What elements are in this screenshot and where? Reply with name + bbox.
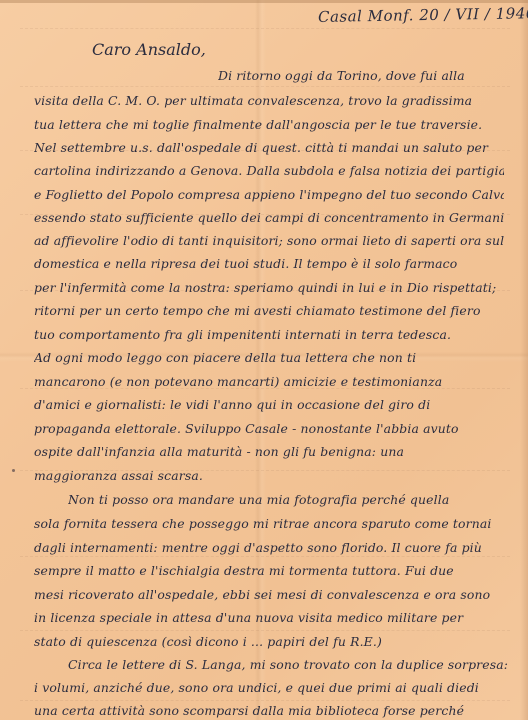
letter-line: mancarono (e non potevano mancarti) amic… bbox=[34, 374, 504, 390]
letter-line: stato di quiescenza (così dicono i ... p… bbox=[34, 634, 504, 650]
paper-right-edge bbox=[520, 0, 528, 720]
letter-line: cartolina indirizzando a Genova. Dalla s… bbox=[34, 163, 504, 179]
letter-line: essendo stato sufficiente quello dei cam… bbox=[34, 210, 504, 226]
letter-line: visita della C. M. O. per ultimata conva… bbox=[34, 93, 504, 109]
bleed-line bbox=[20, 556, 510, 558]
letter-line: ospite dall'infanzia alla maturità - non… bbox=[34, 444, 504, 460]
letter-line: ritorni per un certo tempo che mi avesti… bbox=[34, 303, 504, 319]
letter-line: dagli internamenti: mentre oggi d'aspett… bbox=[34, 540, 504, 556]
letter-line: sempre il matto e l'ischialgia destra mi… bbox=[34, 563, 504, 579]
salutation: Caro Ansaldo, bbox=[92, 40, 206, 59]
letter-page: Casal Monf. 20 / VII / 1946. Caro Ansald… bbox=[0, 0, 528, 720]
letter-line: per l'infermità come la nostra: speriamo… bbox=[34, 280, 504, 296]
letter-line: mesi ricoverato all'ospedale, ebbi sei m… bbox=[34, 587, 504, 603]
letter-line: Circa le lettere di S. Langa, mi sono tr… bbox=[68, 657, 508, 673]
letter-line: Di ritorno oggi da Torino, dove fui alla bbox=[218, 68, 508, 84]
letter-line: i volumi, anziché due, sono ora undici, … bbox=[34, 680, 504, 696]
letter-line: domestica e nella ripresa dei tuoi studi… bbox=[34, 256, 504, 272]
ink-dot bbox=[12, 469, 15, 472]
letter-line: una certa attività sono scomparsi dalla … bbox=[34, 703, 504, 719]
dateline: Casal Monf. 20 / VII / 1946. bbox=[318, 4, 528, 26]
letter-line: Ad ogni modo leggo con piacere della tua… bbox=[34, 350, 504, 366]
letter-line: e Foglietto del Popolo compresa appieno … bbox=[34, 187, 504, 203]
letter-line: d'amici e giornalisti: le vidi l'anno qu… bbox=[34, 397, 504, 413]
letter-line: in licenza speciale in attesa d'una nuov… bbox=[34, 610, 504, 626]
paper-top-edge bbox=[0, 0, 528, 3]
bleed-line bbox=[20, 28, 510, 30]
letter-line: tua lettera che mi toglie finalmente dal… bbox=[34, 117, 504, 133]
letter-line: propaganda elettorale. Sviluppo Casale -… bbox=[34, 421, 504, 437]
letter-line: ad affievolire l'odio di tanti inquisito… bbox=[34, 233, 504, 249]
letter-line: tuo comportamento fra gli impenitenti in… bbox=[34, 327, 504, 343]
bleed-line bbox=[20, 630, 510, 632]
letter-line: Nel settembre u.s. dall'ospedale di ques… bbox=[34, 140, 504, 156]
letter-line: sola fornita tessera che posseggo mi rit… bbox=[34, 516, 504, 532]
letter-line: maggioranza assai scarsa. bbox=[34, 468, 203, 484]
bleed-line bbox=[20, 86, 510, 88]
bleed-line bbox=[20, 700, 510, 702]
letter-line: Non ti posso ora mandare una mia fotogra… bbox=[68, 492, 508, 508]
